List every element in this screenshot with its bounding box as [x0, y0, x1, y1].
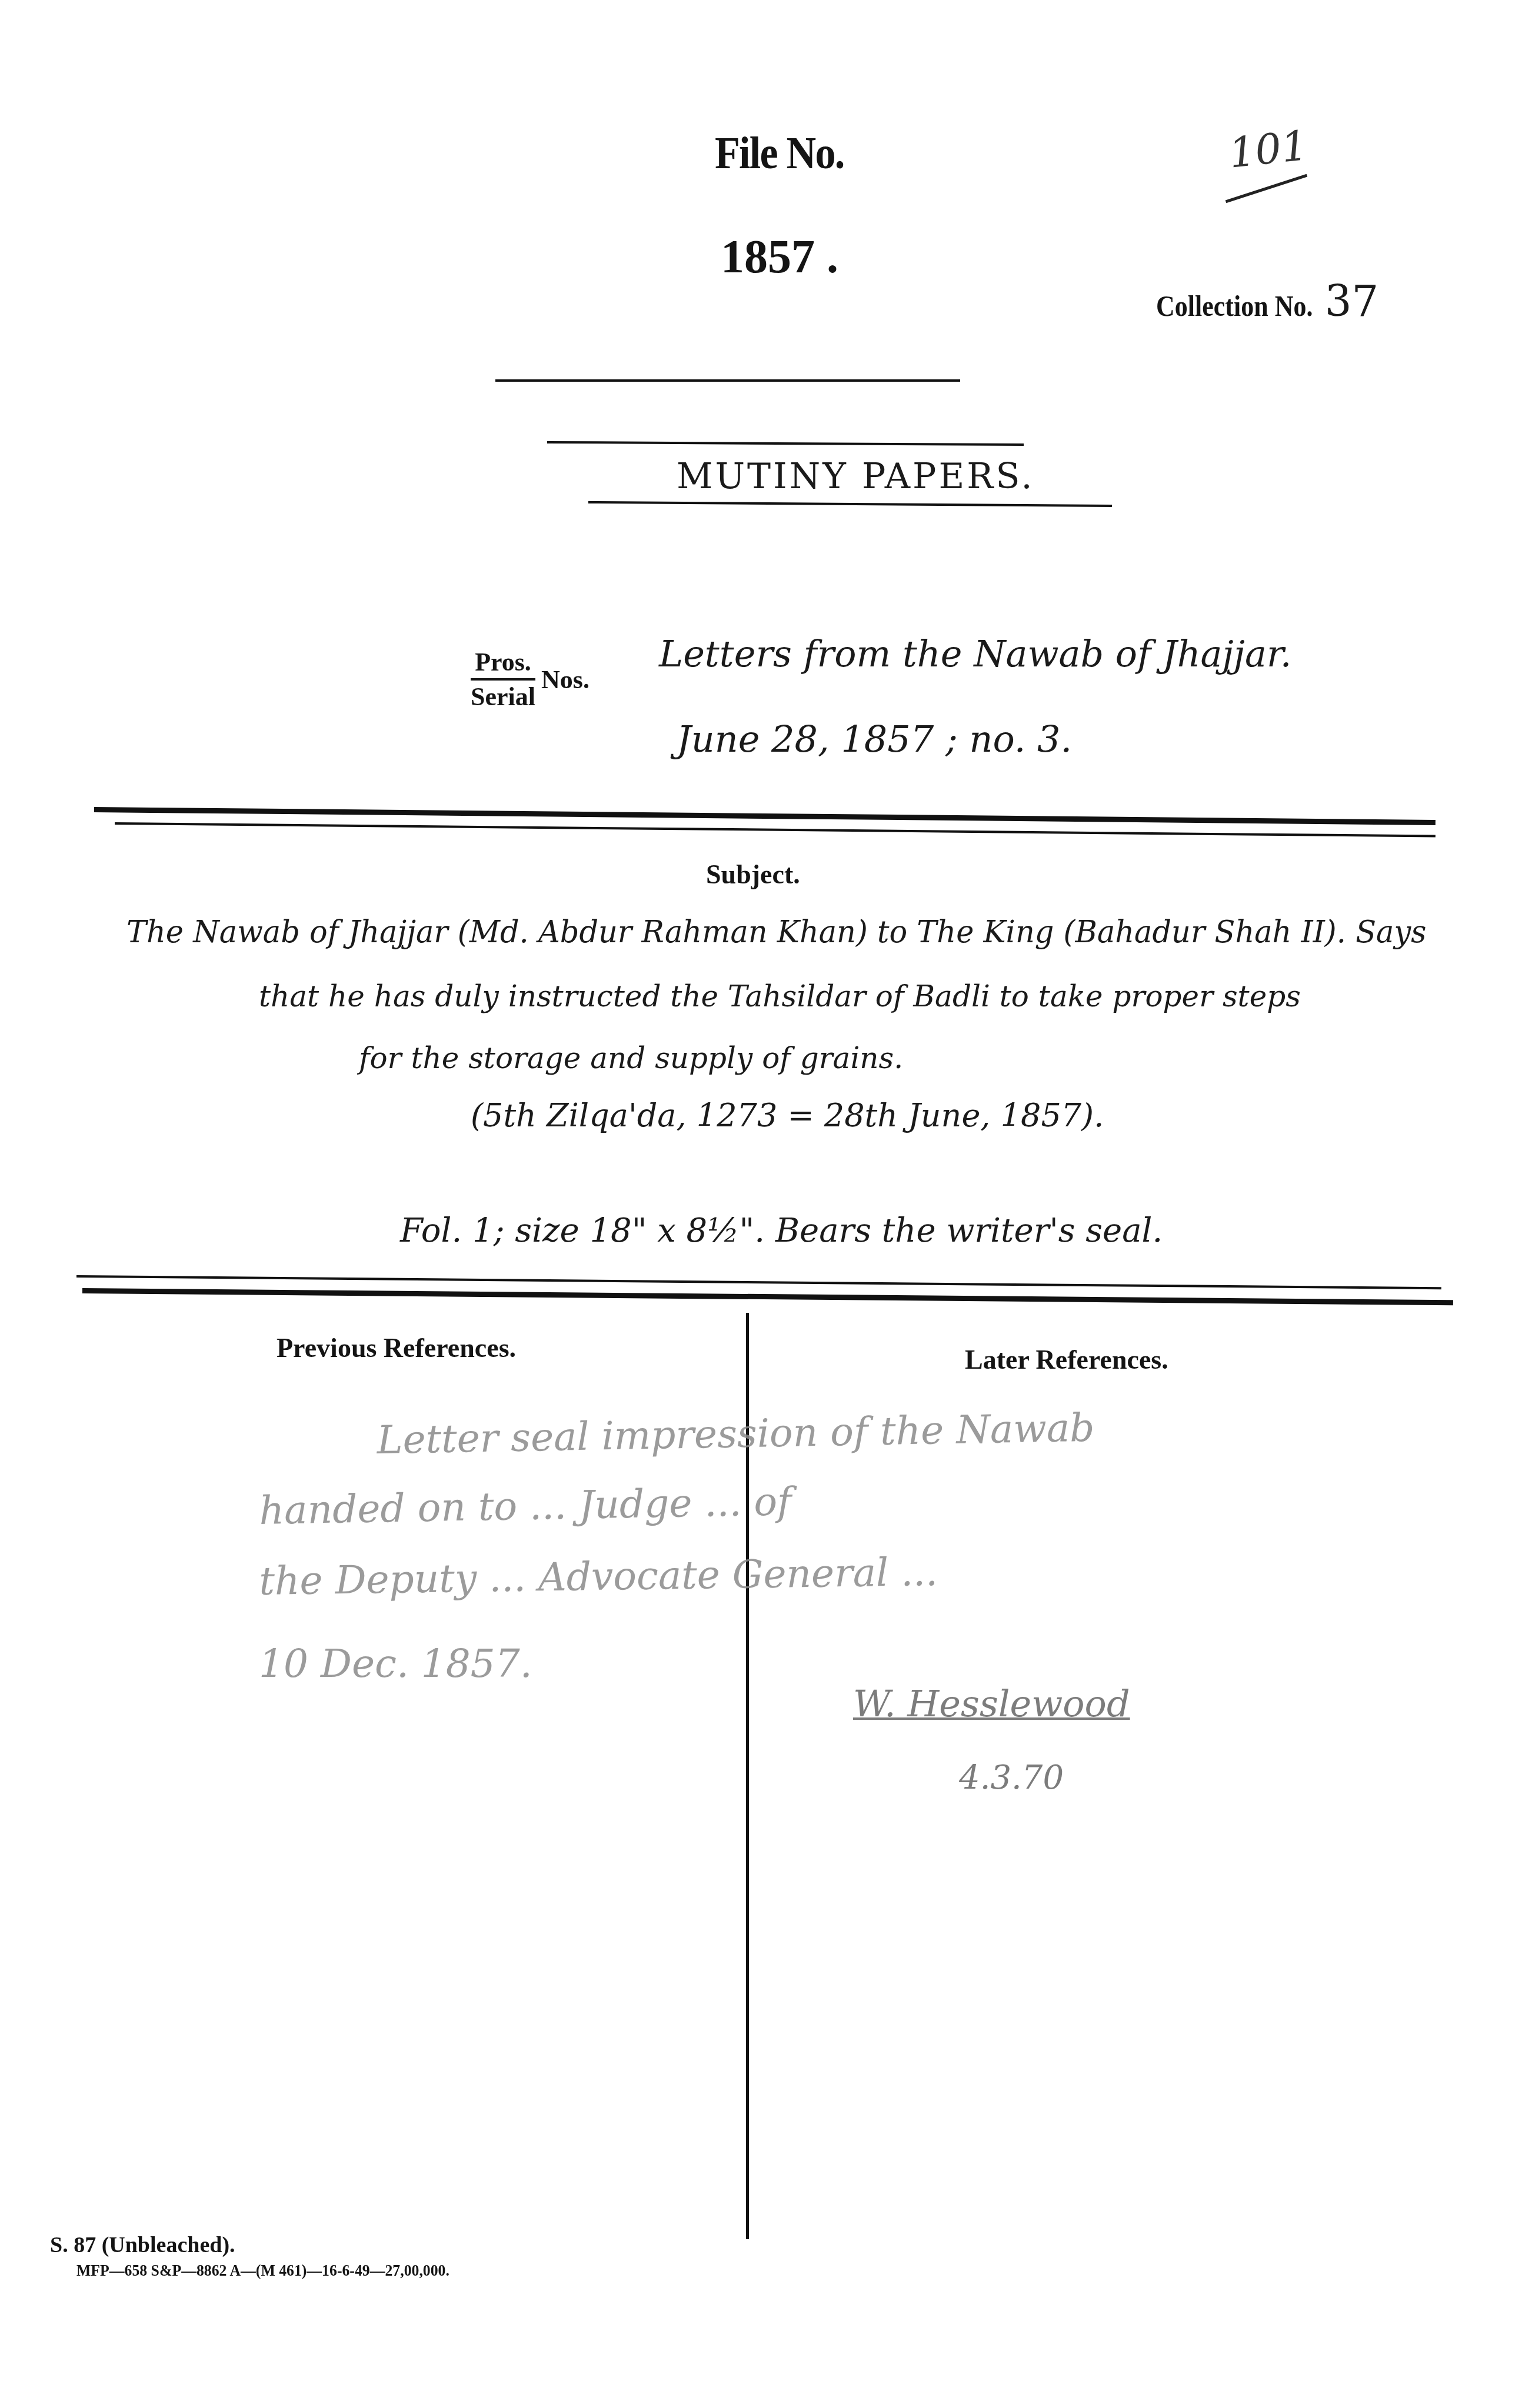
print-code: MFP—658 S&P—8862 A—(M 461)—16-6-49—27,00… [76, 2262, 449, 2280]
subject-heading: Subject. [706, 859, 800, 890]
series-title-underline [588, 501, 1112, 507]
section-rule-2b [82, 1288, 1453, 1305]
section-rule-2a [76, 1275, 1441, 1289]
subject-line-4: (5th Zilqa'da, 1273 = 28th June, 1857). [471, 1097, 1104, 1134]
pencil-note-line-1: Letter seal impression of the Nawab [377, 1405, 1095, 1463]
collection-number-block: Collection No. 37 [1156, 276, 1378, 326]
header-rule-2 [547, 441, 1024, 446]
pencil-note-line-2: handed on to ... Judge ... of [259, 1479, 792, 1533]
subject-line-1: The Nawab of Jhajjar (Md. Abdur Rahman K… [126, 915, 1426, 950]
collection-label: Collection No. [1156, 289, 1313, 323]
folio-mark-underline [1225, 174, 1307, 204]
section-rule-1b [115, 822, 1436, 838]
folio-mark: 101 [1227, 121, 1310, 178]
form-number: S. 87 (Unbleached). [50, 2232, 235, 2258]
serial-label: Serial [471, 681, 535, 712]
pros-serial-fraction: Pros. Serial [471, 647, 535, 712]
later-references-heading: Later References. [965, 1344, 1168, 1375]
header-rule-1 [495, 379, 960, 382]
year-label: 1857 . [721, 231, 838, 284]
pencil-note-line-4: 10 Dec. 1857. [259, 1641, 532, 1686]
file-no-label: File No. [715, 126, 844, 179]
pros-serial-nos: Pros. Serial Nos. [471, 647, 590, 712]
nos-label: Nos. [541, 665, 590, 694]
pros-label: Pros. [471, 647, 535, 681]
subject-line-3: for the storage and supply of grains. [359, 1041, 903, 1075]
previous-references-heading: Previous References. [277, 1332, 516, 1363]
pros-line-1: Letters from the Nawab of Jhajjar. [659, 632, 1292, 675]
signature-date: 4.3.70 [959, 1759, 1064, 1797]
series-title: MUTINY PAPERS. [677, 456, 1034, 497]
subject-line-2: that he has duly instructed the Tahsilda… [259, 979, 1301, 1013]
signature: W. Hesslewood [853, 1682, 1130, 1725]
pencil-note-line-3: the Deputy ... Advocate General ... [259, 1549, 938, 1604]
collection-number: 37 [1325, 276, 1379, 326]
pros-line-2: June 28, 1857 ; no. 3. [677, 718, 1072, 761]
subject-description: Fol. 1; size 18" x 8½". Bears the writer… [400, 1212, 1163, 1250]
section-rule-1a [94, 807, 1436, 825]
